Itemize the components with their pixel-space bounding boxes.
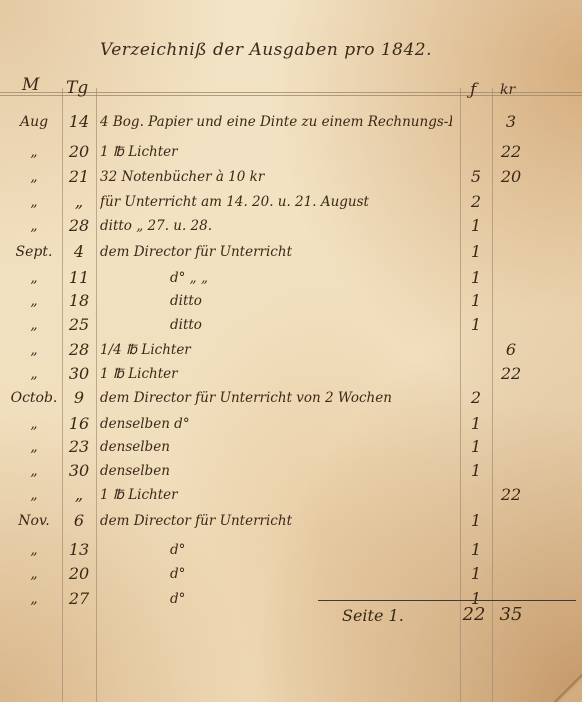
entry-gulden: 1 (462, 315, 490, 334)
ledger-row: Nov.6dem Director für Unterricht1 (0, 511, 582, 533)
entry-gulden: 1 (462, 216, 490, 235)
ledger-row: „11d° „ „1 (0, 268, 582, 290)
entry-gulden: 1 (462, 564, 490, 583)
ledger-row: Sept.4dem Director für Unterricht1 (0, 242, 582, 264)
entry-day: 30 (64, 461, 94, 480)
entry-day: 28 (64, 340, 94, 359)
ledger-row: „301 ℔ Lichter22 (0, 364, 582, 386)
entry-day: 18 (64, 291, 94, 310)
entry-month: „ (10, 463, 58, 479)
entry-day: 6 (64, 511, 94, 530)
ledger-row: „„1 ℔ Lichter22 (0, 485, 582, 507)
entry-day: 20 (64, 564, 94, 583)
entry-day: 11 (64, 268, 94, 287)
total-rule (318, 600, 576, 601)
entry-gulden: 1 (462, 540, 490, 559)
entry-day: 16 (64, 414, 94, 433)
entry-description: d° (100, 591, 452, 607)
entry-gulden: 1 (462, 461, 490, 480)
entry-gulden: 2 (462, 192, 490, 211)
ledger-row: „23denselben1 (0, 437, 582, 459)
entry-kreuzer: 22 (494, 485, 528, 504)
entry-kreuzer: 6 (494, 340, 528, 359)
ledger-page: Verzeichniß der Ausgaben pro 1842. M Tg … (0, 0, 582, 702)
entry-month: „ (10, 366, 58, 382)
ledger-row: „20d°1 (0, 564, 582, 586)
entry-day: 28 (64, 216, 94, 235)
entry-day: 9 (64, 388, 94, 407)
entry-month: „ (10, 144, 58, 160)
ledger-row: „13d°1 (0, 540, 582, 562)
header-day: Tg (66, 78, 88, 98)
entry-description: dem Director für Unterricht von 2 Wochen (100, 390, 452, 406)
ledger-row: „28ditto „ 27. u. 28.1 (0, 216, 582, 238)
entry-month: „ (10, 293, 58, 309)
entry-day: 30 (64, 364, 94, 383)
entry-description: für Unterricht am 14. 20. u. 21. August (100, 194, 452, 210)
entry-month: Aug (10, 114, 58, 130)
entry-description: 1 ℔ Lichter (100, 144, 452, 160)
entry-day: „ (64, 485, 94, 504)
entry-day: 14 (64, 112, 94, 131)
entry-kreuzer: 3 (494, 112, 528, 131)
entry-description: d° (100, 566, 452, 582)
entry-description: denselben (100, 439, 452, 455)
entry-kreuzer: 22 (494, 142, 528, 161)
entry-description: ditto (100, 293, 452, 309)
entry-gulden: 1 (462, 414, 490, 433)
entry-description: 1 ℔ Lichter (100, 487, 452, 503)
entry-month: „ (10, 317, 58, 333)
entry-day: 4 (64, 242, 94, 261)
ledger-row: Aug144 Bog. Papier und eine Dinte zu ein… (0, 112, 582, 134)
entry-kreuzer: 22 (494, 364, 528, 383)
entry-month: „ (10, 542, 58, 558)
entry-description: 1/4 ℔ Lichter (100, 342, 452, 358)
total-kreuzer: 35 (494, 604, 528, 625)
header-kreuzer: kr (500, 82, 515, 98)
entry-gulden: 1 (462, 268, 490, 287)
entry-month: „ (10, 218, 58, 234)
total-label: Seite 1. (342, 606, 404, 625)
entry-day: 23 (64, 437, 94, 456)
entry-month: „ (10, 194, 58, 210)
entry-description: dem Director für Unterricht (100, 244, 452, 260)
entry-day: 27 (64, 589, 94, 608)
ledger-row: „25ditto1 (0, 315, 582, 337)
entry-month: „ (10, 566, 58, 582)
header-gulden: ƒ (470, 80, 476, 100)
entry-month: „ (10, 591, 58, 607)
entry-description: 4 Bog. Papier und eine Dinte zu einem Re… (100, 114, 452, 130)
entry-month: „ (10, 169, 58, 185)
entry-description: 32 Notenbücher à 10 kr (100, 169, 452, 185)
ledger-row: „201 ℔ Lichter22 (0, 142, 582, 164)
corner-fold (554, 672, 582, 702)
entry-day: „ (64, 192, 94, 211)
ledger-row: „281/4 ℔ Lichter6 (0, 340, 582, 362)
ledger-row: „2132 Notenbücher à 10 kr520 (0, 167, 582, 189)
entry-month: „ (10, 416, 58, 432)
entry-gulden: 1 (462, 511, 490, 530)
entry-day: 25 (64, 315, 94, 334)
entry-month: „ (10, 439, 58, 455)
ledger-row: „16denselben d°1 (0, 414, 582, 436)
entry-description: d° (100, 542, 452, 558)
entry-month: Nov. (10, 513, 58, 529)
entry-day: 13 (64, 540, 94, 559)
entry-month: „ (10, 270, 58, 286)
entry-description: denselben (100, 463, 452, 479)
entry-gulden: 1 (462, 291, 490, 310)
ledger-row: „30denselben1 (0, 461, 582, 483)
entry-day: 21 (64, 167, 94, 186)
entry-gulden: 5 (462, 167, 490, 186)
entry-description: dem Director für Unterricht (100, 513, 452, 529)
entry-description: d° „ „ (100, 270, 452, 286)
entry-day: 20 (64, 142, 94, 161)
ledger-row: Octob.9dem Director für Unterricht von 2… (0, 388, 582, 410)
entry-month: Octob. (10, 390, 58, 406)
entry-description: ditto (100, 317, 452, 333)
entry-gulden: 1 (462, 242, 490, 261)
page-title: Verzeichniß der Ausgaben pro 1842. (100, 40, 440, 60)
entry-kreuzer: 20 (494, 167, 528, 186)
entry-month: Sept. (10, 244, 58, 260)
header-month: M (22, 75, 39, 95)
entry-description: denselben d° (100, 416, 452, 432)
entry-month: „ (10, 487, 58, 503)
total-gulden: 22 (456, 604, 492, 625)
entry-description: 1 ℔ Lichter (100, 366, 452, 382)
entry-description: ditto „ 27. u. 28. (100, 218, 452, 234)
entry-gulden: 2 (462, 388, 490, 407)
ledger-row: „18ditto1 (0, 291, 582, 313)
entry-month: „ (10, 342, 58, 358)
ledger-row: „„für Unterricht am 14. 20. u. 21. Augus… (0, 192, 582, 214)
entry-gulden: 1 (462, 437, 490, 456)
